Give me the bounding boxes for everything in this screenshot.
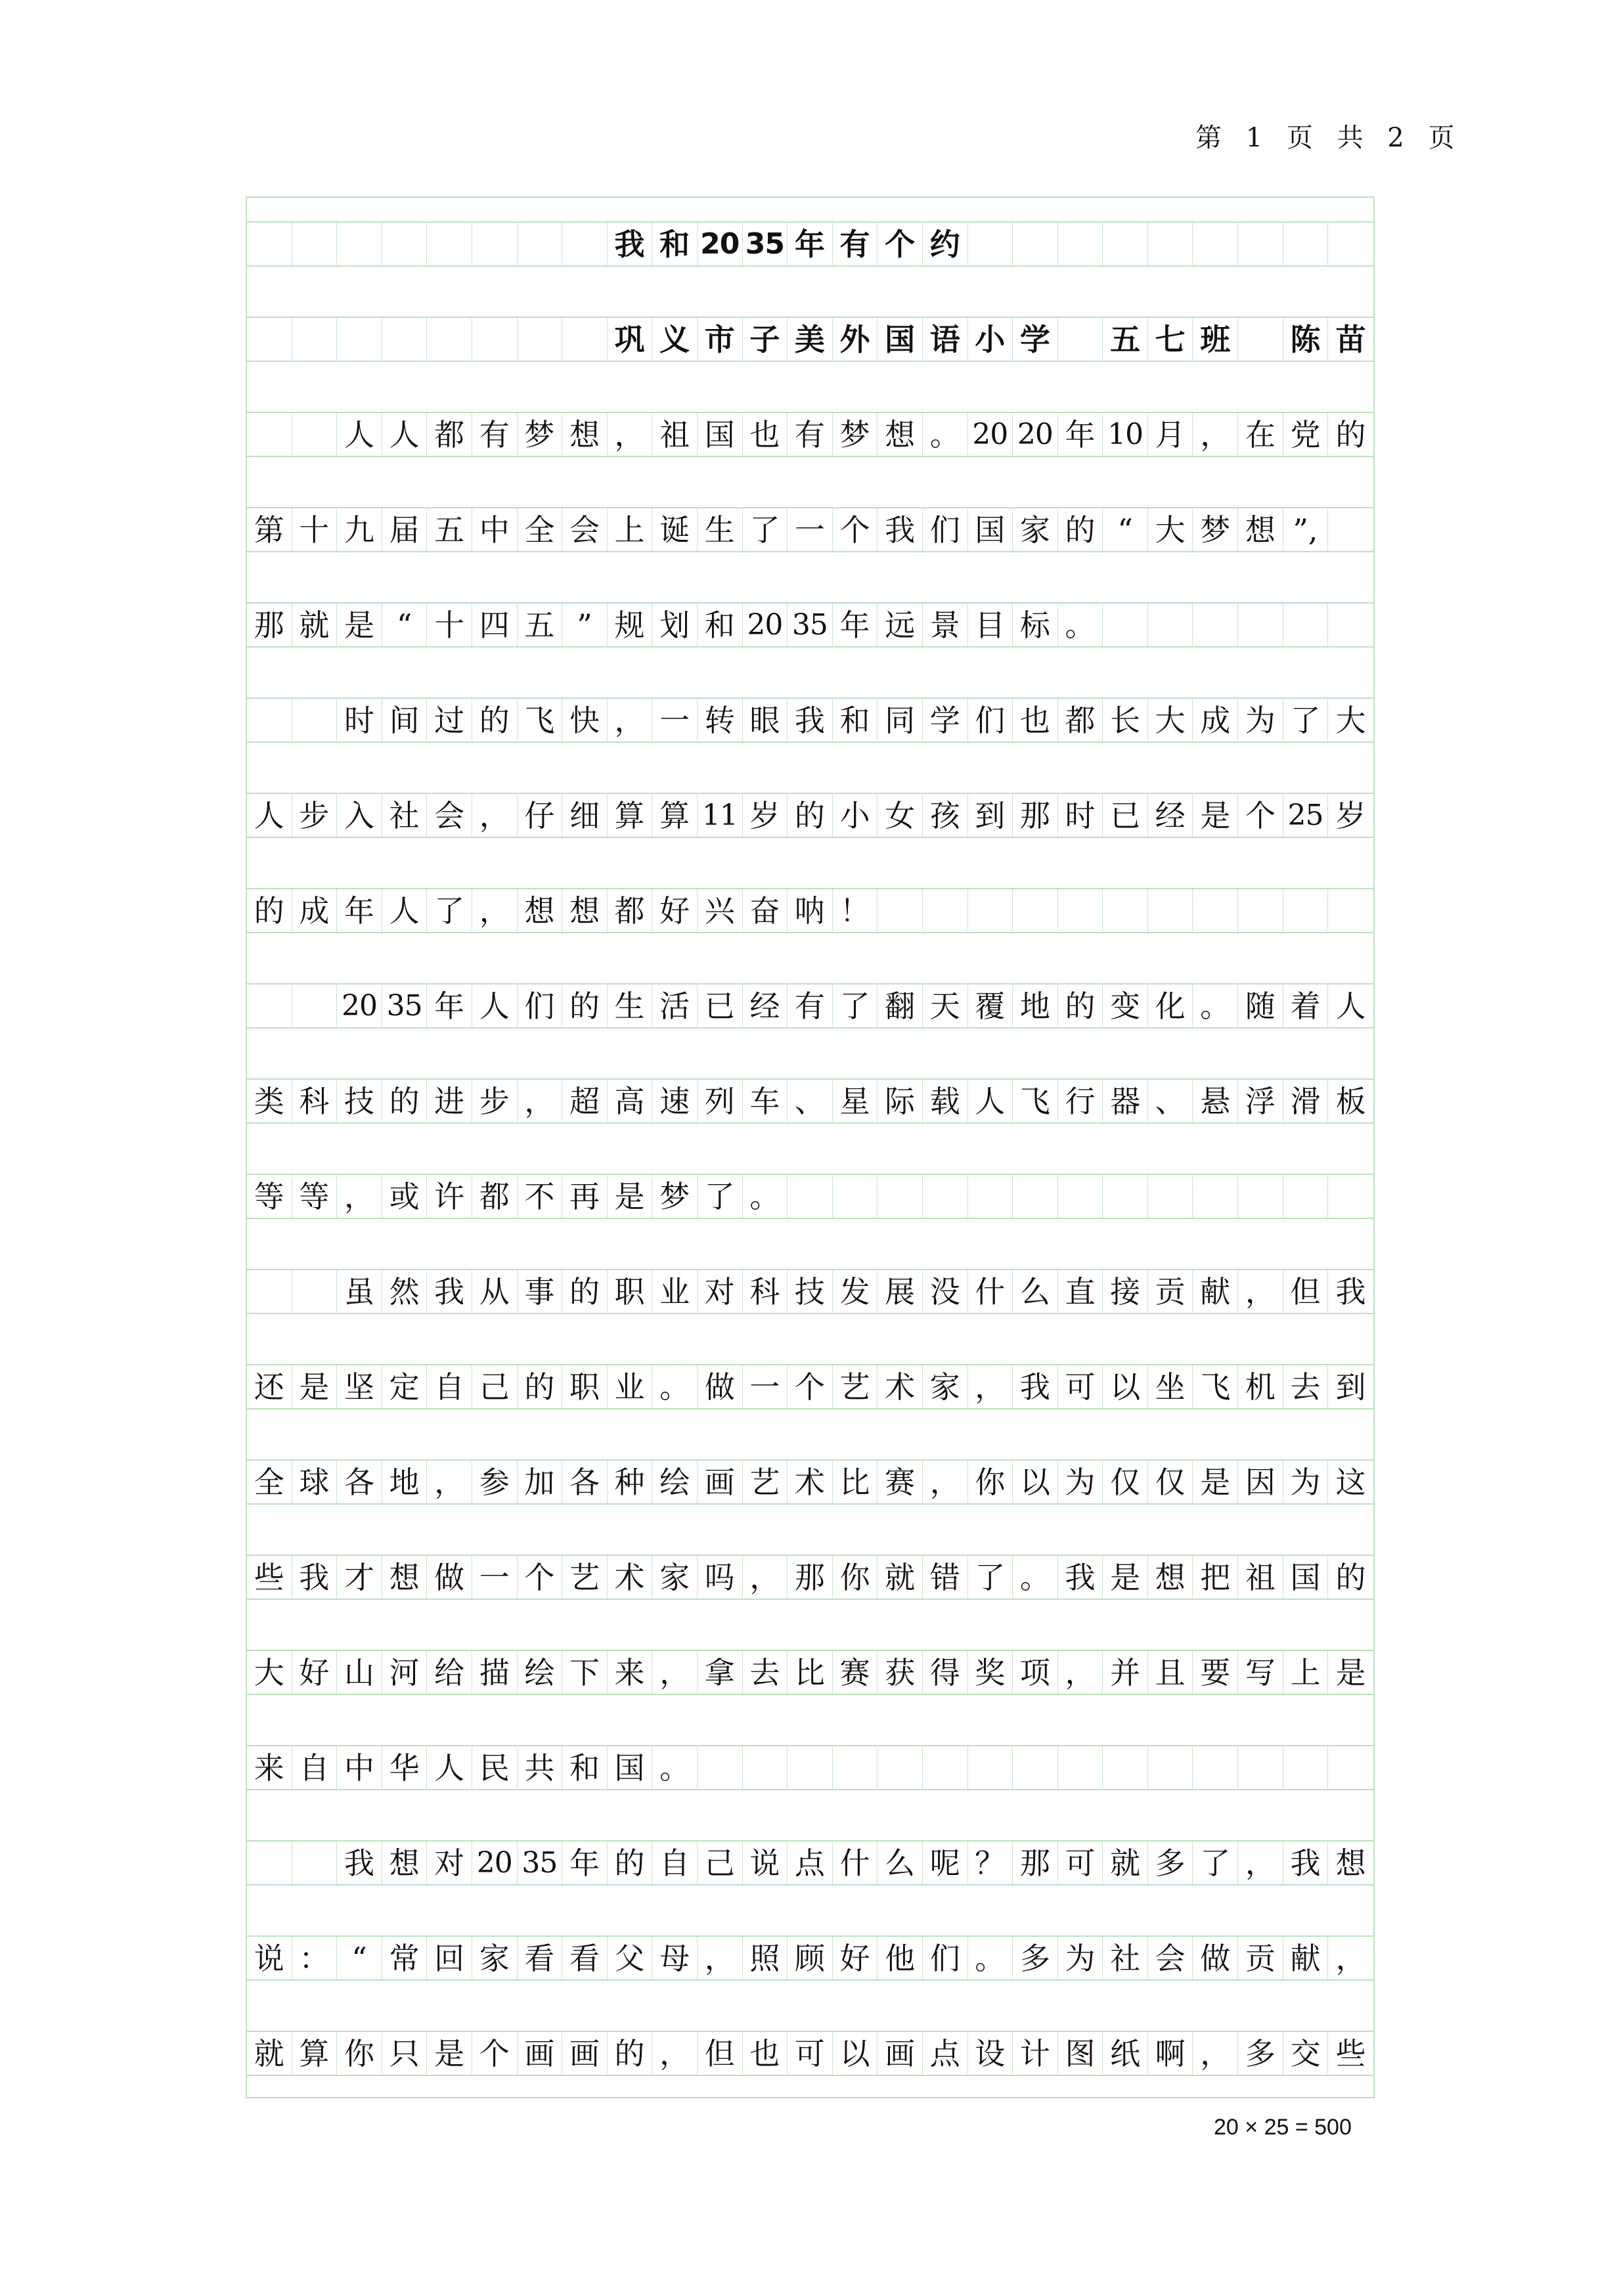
grid-cell: 就	[1103, 1842, 1148, 1884]
grid-cell	[247, 1270, 292, 1313]
grid-cell: 祖	[1238, 1556, 1283, 1599]
grid-cell: 成	[292, 889, 338, 932]
grid-cell: 20	[1013, 413, 1058, 456]
grid-cell	[1103, 889, 1148, 932]
grid-cell: 多	[1013, 1937, 1058, 1979]
grid-cell: 规	[608, 604, 653, 646]
grid-cell: 了	[968, 1556, 1013, 1599]
grid-cell: 照	[743, 1937, 788, 1979]
grid-cell: 就	[292, 604, 338, 646]
composition-grid-sheet: 我和2035年有个约巩义市子美外国语小学五七班陈苗人人都有梦想，祖国也有梦想。2…	[246, 196, 1375, 2098]
grid-cell: 加	[518, 1461, 563, 1503]
grid-cell: 人	[968, 1080, 1013, 1122]
grid-cell: 国	[1283, 1556, 1329, 1599]
grid-cell: 是	[608, 1175, 653, 1218]
grid-cell	[788, 1746, 833, 1789]
grid-cell: 的	[788, 794, 833, 837]
grid-cell	[1238, 889, 1283, 932]
text-row: 等等，或许都不再是梦了。	[247, 1174, 1373, 1219]
grid-cell: 约	[923, 223, 968, 265]
grid-cell: 间	[382, 699, 428, 741]
grid-cell: 为	[1238, 699, 1283, 741]
grid-cell: 赛	[833, 1651, 878, 1694]
grid-cell: 术	[788, 1461, 833, 1503]
grid-cell	[1058, 318, 1103, 361]
grid-cell: 顾	[788, 1937, 833, 1979]
grid-cell: ，	[518, 1080, 563, 1122]
grid-cell: 去	[1283, 1365, 1329, 1408]
grid-cell: 可	[788, 2032, 833, 2075]
grid-cell: 国	[968, 508, 1013, 551]
grid-cell: 展	[877, 1270, 923, 1313]
grid-cell: 或	[382, 1175, 428, 1218]
grid-cell	[472, 318, 518, 361]
grid-cell	[247, 1842, 292, 1884]
grid-cell: 做	[1193, 1937, 1238, 1979]
grid-cell: 个	[877, 223, 923, 265]
grid-cell: 义	[652, 318, 698, 361]
grid-cell: 们	[518, 984, 563, 1027]
grid-cell: 美	[788, 318, 833, 361]
grid-cell: 的	[472, 699, 518, 741]
grid-cell: 获	[877, 1651, 923, 1694]
grid-cell: 速	[652, 1080, 698, 1122]
grid-cell: 可	[1058, 1365, 1103, 1408]
grid-cell: 是	[1193, 1461, 1238, 1503]
grid-cell: 20	[337, 984, 382, 1027]
grid-cell: 坚	[337, 1365, 382, 1408]
grid-cell: 。	[652, 1365, 698, 1408]
grid-cell: 说	[247, 1937, 292, 1979]
grid-cell	[382, 223, 428, 265]
grid-cell: 五	[1103, 318, 1148, 361]
grid-cell: 以	[1013, 1461, 1058, 1503]
grid-cell: ，	[1238, 1270, 1283, 1313]
grid-cell: 们	[968, 699, 1013, 741]
grid-cell	[1193, 1746, 1238, 1789]
grid-cell: 行	[1058, 1080, 1103, 1122]
grid-cell: 。	[968, 1937, 1013, 1979]
grid-cell: 想	[518, 889, 563, 932]
grid-cell	[1013, 889, 1058, 932]
grid-cell: 巩	[608, 318, 653, 361]
grid-cell: 女	[877, 794, 923, 837]
grid-cell: 画	[518, 2032, 563, 2075]
grid-cell: ，	[1193, 413, 1238, 456]
grid-cell	[1283, 223, 1329, 265]
text-row: 说：“常回家看看父母，照顾好他们。多为社会做贡献，	[247, 1935, 1373, 1981]
grid-cell	[1238, 1746, 1283, 1789]
grid-cell: 年	[788, 223, 833, 265]
grid-cell: 来	[247, 1746, 292, 1789]
grid-cell: 月	[1148, 413, 1193, 456]
grid-cell: 许	[427, 1175, 472, 1218]
grid-cell: ，	[608, 413, 653, 456]
grid-cell	[1013, 223, 1058, 265]
grid-cell: 一	[652, 699, 698, 741]
grid-cell	[292, 223, 338, 265]
grid-cell: 啊	[1148, 2032, 1193, 2075]
grid-cell: 岁	[743, 794, 788, 837]
grid-cell: 贡	[1238, 1937, 1283, 1979]
grid-cell	[427, 318, 472, 361]
grid-cell: 我	[788, 699, 833, 741]
grid-cell	[1058, 1746, 1103, 1789]
grid-cell: 载	[923, 1080, 968, 1122]
grid-cell: 也	[1013, 699, 1058, 741]
grid-cell: 以	[833, 2032, 878, 2075]
grid-cell: 了	[743, 508, 788, 551]
grid-cell: 做	[427, 1556, 472, 1599]
grid-cell: 直	[1058, 1270, 1103, 1313]
grid-cell: 浮	[1238, 1080, 1283, 1122]
grid-cell: 经	[1148, 794, 1193, 837]
grid-cell: ，	[923, 1461, 968, 1503]
grid-cell: 家	[923, 1365, 968, 1408]
grid-cell	[788, 1175, 833, 1218]
grid-cell: 眼	[743, 699, 788, 741]
grid-cell: 想	[562, 889, 608, 932]
grid-cell: 飞	[1193, 1365, 1238, 1408]
grid-cell: 个	[788, 1365, 833, 1408]
grid-cell: 奋	[743, 889, 788, 932]
grid-cell: 大	[1148, 699, 1193, 741]
grid-cell: 想	[877, 413, 923, 456]
grid-cell: 科	[292, 1080, 338, 1122]
grid-cell	[1103, 223, 1148, 265]
grid-cell: 。	[1013, 1556, 1058, 1599]
grid-cell: 交	[1283, 2032, 1329, 2075]
grid-cell: 的	[562, 1270, 608, 1313]
text-row: 还是坚定自己的职业。做一个艺术家，我可以坐飞机去到	[247, 1364, 1373, 1409]
grid-cell: “	[382, 604, 428, 646]
grid-cell: 什	[968, 1270, 1013, 1313]
grid-cell: 呢	[923, 1842, 968, 1884]
grid-cell: ，	[968, 1365, 1013, 1408]
grid-cell	[1013, 1175, 1058, 1218]
grid-cell: 家	[1013, 508, 1058, 551]
grid-cell: 和	[652, 223, 698, 265]
grid-cell: 算	[608, 794, 653, 837]
grid-cell	[1328, 889, 1373, 932]
grid-cell: 并	[1103, 1651, 1148, 1694]
grid-cell: 画	[877, 2032, 923, 2075]
grid-cell: 梦	[833, 413, 878, 456]
grid-cell: 一	[472, 1556, 518, 1599]
grid-cell: 们	[923, 508, 968, 551]
grid-cell: 年	[562, 1842, 608, 1884]
grid-cell: 没	[923, 1270, 968, 1313]
grid-cell	[1283, 1175, 1329, 1218]
grid-cell: 以	[1103, 1365, 1148, 1408]
grid-cell: 项	[1013, 1651, 1058, 1694]
grid-cell: 板	[1328, 1080, 1373, 1122]
grid-cell	[292, 1842, 338, 1884]
grid-cell	[472, 223, 518, 265]
text-row: 人步入社会，仔细算算11岁的小女孩到那时已经是个25岁	[247, 793, 1373, 838]
grid-cell: 学	[1013, 318, 1058, 361]
grid-cell: 我	[1283, 1842, 1329, 1884]
grid-cell: 了	[1283, 699, 1329, 741]
grid-cell: 学	[923, 699, 968, 741]
page-counter: 第 1 页 共 2 页	[1195, 117, 1386, 154]
grid-cell	[247, 699, 292, 741]
grid-cell: 等	[292, 1175, 338, 1218]
grid-cell: 了	[1193, 1842, 1238, 1884]
grid-cell: 我	[1013, 1365, 1058, 1408]
grid-cell: 是	[1193, 794, 1238, 837]
grid-cell: ，	[1238, 1842, 1283, 1884]
grid-cell: 科	[743, 1270, 788, 1313]
grid-cell: 也	[743, 2032, 788, 2075]
grid-cell: 的	[1058, 984, 1103, 1027]
grid-cell	[292, 984, 338, 1027]
grid-cell	[968, 889, 1013, 932]
grid-cell: 十	[292, 508, 338, 551]
grid-cell	[1058, 223, 1103, 265]
grid-cell: 35	[518, 1842, 563, 1884]
grid-cell	[518, 318, 563, 361]
grid-cell: ！	[833, 889, 878, 932]
grid-cell: 下	[562, 1651, 608, 1694]
grid-cell: 35	[382, 984, 428, 1027]
grid-cell: 来	[608, 1651, 653, 1694]
grid-cell: 共	[518, 1746, 563, 1789]
grid-cell: 献	[1283, 1937, 1329, 1979]
grid-cell: 仅	[1103, 1461, 1148, 1503]
grid-cell	[337, 223, 382, 265]
grid-cell: 。	[743, 1175, 788, 1218]
grid-cell: 。	[923, 413, 968, 456]
grid-cell: 想	[562, 413, 608, 456]
grid-cell: 随	[1238, 984, 1283, 1027]
grid-cell: 赛	[877, 1461, 923, 1503]
grid-cell: 人	[337, 413, 382, 456]
grid-cell	[743, 1746, 788, 1789]
grid-cell: 想	[1328, 1842, 1373, 1884]
grid-cell: 参	[472, 1461, 518, 1503]
grid-cell: 细	[562, 794, 608, 837]
grid-cell	[968, 1746, 1013, 1789]
grid-cell	[877, 1746, 923, 1789]
grid-cell: 算	[652, 794, 698, 837]
grid-cell: ”,	[1283, 508, 1329, 551]
grid-cell: 对	[427, 1842, 472, 1884]
grid-cell	[1283, 1746, 1329, 1789]
grid-cell: 人	[382, 413, 428, 456]
grid-cell: 全	[518, 508, 563, 551]
grid-cell: 想	[1238, 508, 1283, 551]
grid-cell: 各	[337, 1461, 382, 1503]
grid-cell: 有	[788, 413, 833, 456]
grid-cell: 有	[788, 984, 833, 1027]
grid-cell: 仔	[518, 794, 563, 837]
grid-cell	[1148, 1746, 1193, 1789]
grid-cell: 各	[562, 1461, 608, 1503]
grid-cell: 那	[788, 1556, 833, 1599]
grid-cell: 不	[518, 1175, 563, 1218]
grid-cell	[1193, 1175, 1238, 1218]
grid-cell: 说	[743, 1842, 788, 1884]
grid-cell: 母	[652, 1937, 698, 1979]
grid-cell: 生	[698, 508, 743, 551]
grid-cell: 我	[877, 508, 923, 551]
grid-cell: 划	[652, 604, 698, 646]
grid-cell: 都	[472, 1175, 518, 1218]
grid-cell: 有	[472, 413, 518, 456]
grid-cell: 术	[877, 1365, 923, 1408]
grid-cell: 入	[337, 794, 382, 837]
grid-cell	[833, 1175, 878, 1218]
grid-cell	[382, 318, 428, 361]
grid-cell: ，	[427, 1461, 472, 1503]
grid-cell	[1328, 1746, 1373, 1789]
grid-cell: 七	[1148, 318, 1193, 361]
grid-cell: 类	[247, 1080, 292, 1122]
grid-cell: 们	[923, 1937, 968, 1979]
grid-cell: 远	[877, 604, 923, 646]
grid-cell: 。	[652, 1746, 698, 1789]
grid-cell: 个	[518, 1556, 563, 1599]
grid-cell: 定	[382, 1365, 428, 1408]
text-row: 那就是“十四五”规划和2035年远景目标。	[247, 602, 1373, 648]
grid-cell: 个	[472, 2032, 518, 2075]
grid-cell: 兴	[698, 889, 743, 932]
grid-cell: 我	[337, 1842, 382, 1884]
grid-cell: 好	[833, 1937, 878, 1979]
grid-cell: 过	[427, 699, 472, 741]
grid-cell	[292, 413, 338, 456]
grid-cell: 年	[427, 984, 472, 1027]
grid-cell	[292, 1270, 338, 1313]
grid-cell: 的	[1058, 508, 1103, 551]
grid-cell: 但	[698, 2032, 743, 2075]
grid-cell: 飞	[1013, 1080, 1058, 1122]
grid-cell	[1193, 223, 1238, 265]
grid-cell: 些	[1328, 2032, 1373, 2075]
grid-cell: 坐	[1148, 1365, 1193, 1408]
grid-cell: 转	[698, 699, 743, 741]
grid-cell	[1193, 604, 1238, 646]
grid-cell: 吗	[698, 1556, 743, 1599]
grid-cell	[1103, 1175, 1148, 1218]
grid-cell: 活	[652, 984, 698, 1027]
grid-cell: 20	[472, 1842, 518, 1884]
grid-cell	[1193, 889, 1238, 932]
grid-cell: 比	[788, 1651, 833, 1694]
grid-cell: 这	[1328, 1461, 1373, 1503]
grid-cell: 外	[833, 318, 878, 361]
grid-cell: 些	[247, 1556, 292, 1599]
grid-cell: 接	[1103, 1270, 1148, 1313]
grid-cell	[1103, 1746, 1148, 1789]
grid-cell: 五	[518, 604, 563, 646]
grid-cell: 奖	[968, 1651, 1013, 1694]
grid-cell: 我	[1328, 1270, 1373, 1313]
grid-cell	[337, 318, 382, 361]
grid-cell: 种	[608, 1461, 653, 1503]
grid-cell: 设	[968, 2032, 1013, 2075]
grid-cell: 要	[1193, 1651, 1238, 1694]
grid-cell: 了	[427, 889, 472, 932]
grid-cell: 常	[382, 1937, 428, 1979]
grid-cell: 己	[698, 1842, 743, 1884]
grid-cell: 梦	[1193, 508, 1238, 551]
grid-cell: 去	[743, 1651, 788, 1694]
grid-cell: 从	[472, 1270, 518, 1313]
text-row: 大好山河给描绘下来，拿去比赛获得奖项，并且要写上是	[247, 1650, 1373, 1695]
grid-cell: 到	[1328, 1365, 1373, 1408]
grid-cell: 自	[427, 1365, 472, 1408]
grid-cell	[1238, 604, 1283, 646]
grid-cell: ，	[652, 2032, 698, 2075]
grid-cell: 么	[1013, 1270, 1058, 1313]
grid-cell: 只	[382, 2032, 428, 2075]
grid-cell: 就	[247, 2032, 292, 2075]
grid-cell: 才	[337, 1556, 382, 1599]
grid-cell: 他	[877, 1937, 923, 1979]
grid-cell: 目	[968, 604, 1013, 646]
grid-cell: 语	[923, 318, 968, 361]
grid-cell: 同	[877, 699, 923, 741]
grid-cell: 艺	[562, 1556, 608, 1599]
grid-cell	[247, 413, 292, 456]
grid-cell: 列	[698, 1080, 743, 1122]
grid-cell: 变	[1103, 984, 1148, 1027]
grid-cell: 点	[923, 2032, 968, 2075]
grid-cell: 看	[562, 1937, 608, 1979]
grid-cell: 、	[1148, 1080, 1193, 1122]
grid-cell: 描	[472, 1651, 518, 1694]
grid-cell: 多	[1238, 2032, 1283, 2075]
grid-cell: 贡	[1148, 1270, 1193, 1313]
grid-cell: 子	[743, 318, 788, 361]
grid-cell: 做	[698, 1365, 743, 1408]
grid-cell: 己	[472, 1365, 518, 1408]
grid-cell: 个	[833, 508, 878, 551]
grid-cell	[1148, 889, 1193, 932]
grid-cell: 时	[337, 699, 382, 741]
grid-cell: 你	[337, 2032, 382, 2075]
grid-cell: 地	[382, 1461, 428, 1503]
text-row: 时间过的飞快，一转眼我和同学们也都长大成为了大	[247, 697, 1373, 743]
grid-cell: 诞	[652, 508, 698, 551]
grid-cell	[1283, 604, 1329, 646]
grid-cell: 。	[1058, 604, 1103, 646]
grid-cell: 车	[743, 1080, 788, 1122]
grid-cell: 国	[608, 1746, 653, 1789]
grid-cell: 自	[652, 1842, 698, 1884]
grid-cell: 进	[427, 1080, 472, 1122]
grid-cell	[1013, 1746, 1058, 1789]
grid-cell: 因	[1238, 1461, 1283, 1503]
grid-cell: 给	[427, 1651, 472, 1694]
grid-cell: 图	[1058, 2032, 1103, 2075]
grid-cell: 业	[652, 1270, 698, 1313]
grid-cell	[518, 223, 563, 265]
grid-cell	[1103, 604, 1148, 646]
grid-cell: 和	[562, 1746, 608, 1789]
grid-cell: ，	[472, 794, 518, 837]
text-row: 就算你只是个画画的，但也可以画点设计图纸啊，多交些	[247, 2031, 1373, 2076]
grid-cell	[1328, 223, 1373, 265]
grid-cell: 发	[833, 1270, 878, 1313]
grid-cell	[1238, 223, 1283, 265]
grid-cell	[833, 1746, 878, 1789]
grid-cell: 为	[1058, 1461, 1103, 1503]
grid-cell: 艺	[743, 1461, 788, 1503]
grid-cell: 也	[743, 413, 788, 456]
